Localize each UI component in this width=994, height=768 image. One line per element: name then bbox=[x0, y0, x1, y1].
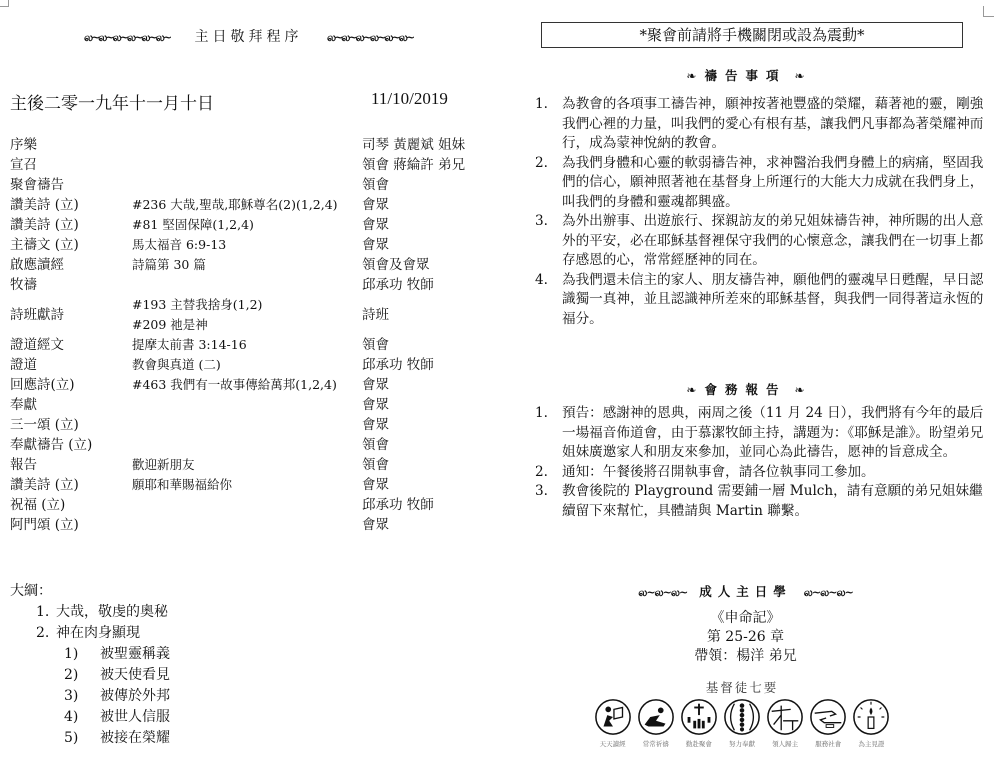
outline-number: 1) bbox=[64, 644, 100, 665]
outline-subpoint: 5)被接在榮耀 bbox=[10, 728, 170, 749]
program-item: 三一頌 (立) bbox=[10, 415, 79, 435]
fleuron-icon: ❧ bbox=[686, 69, 696, 83]
outline-number: 2) bbox=[64, 665, 100, 686]
program-item: 證道 bbox=[10, 355, 37, 375]
program-row: 聚會禱告領會 bbox=[10, 175, 500, 195]
item-number: 3. bbox=[535, 212, 548, 232]
essential-item: 為主見證 bbox=[851, 698, 892, 748]
gathering-cross-icon bbox=[680, 698, 718, 736]
program-content: 教會與真道 (二) bbox=[132, 355, 221, 375]
program-leader: 邱承功 牧師 bbox=[362, 355, 434, 375]
lead-to-lord-icon bbox=[766, 698, 804, 736]
program-row: 阿門頌 (立)會眾 bbox=[10, 515, 500, 535]
program-leader: 邱承功 牧師 bbox=[362, 275, 434, 295]
ornament-divider-icon: ல~ல~ல~ bbox=[804, 586, 853, 599]
program-row: 詩班獻詩#193 主替我捨身(1,2)#209 祂是神詩班 bbox=[10, 295, 500, 335]
program-row: 證道教會與真道 (二)邱承功 牧師 bbox=[10, 355, 500, 375]
praying-icon bbox=[637, 698, 675, 736]
sunday-school-chapters: 第 25-26 章 bbox=[497, 628, 994, 647]
ornament-divider-icon: ல~ல~ல~ bbox=[638, 586, 687, 599]
program-row: 啟應讀經詩篇第 30 篇領會及會眾 bbox=[10, 255, 500, 275]
outline-text: 被世人信服 bbox=[100, 709, 170, 725]
essential-label: 努力奉獻 bbox=[729, 739, 755, 748]
outline-text: 被傳於外邦 bbox=[100, 688, 170, 704]
program-row: 序樂司琴 黃麗斌 姐妹 bbox=[10, 135, 500, 155]
item-text: 為我們還未信主的家人、朋友禱告神，願他們的靈魂早日甦醒，早日認識獨一真神，並且認… bbox=[562, 272, 983, 327]
offering-fish-coins-icon bbox=[723, 698, 761, 736]
program-leader: 會眾 bbox=[362, 395, 389, 415]
program-row: 奉獻禱告 (立)領會 bbox=[10, 435, 500, 455]
program-item: 詩班獻詩 bbox=[10, 305, 64, 325]
choir-song-1: #193 主替我捨身(1,2) bbox=[132, 297, 262, 312]
sunday-school-title: 成人主日學 bbox=[699, 584, 792, 599]
prayer-item: 2.為我們身體和心靈的軟弱禱告神，求神醫治我們身體上的病痛，堅固我們的信心，願神… bbox=[535, 154, 987, 213]
program-row: 主禱文 (立)馬太福音 6:9-13會眾 bbox=[10, 235, 500, 255]
ornament-divider-icon: ல~ல~ல~ல~ல~ல~ bbox=[327, 31, 413, 44]
program-row: 讚美詩 (立)#81 堅固保障(1,2,4)會眾 bbox=[10, 215, 500, 235]
outline-text: 神在肉身顯現 bbox=[56, 625, 140, 641]
choir-song-2: #209 祂是神 bbox=[132, 317, 208, 332]
program-content: 馬太福音 6:9-13 bbox=[132, 235, 226, 255]
program-content: 提摩太前書 3:14-16 bbox=[132, 335, 247, 355]
item-number: 2. bbox=[535, 154, 548, 174]
program-leader: 詩班 bbox=[362, 305, 389, 325]
fleuron-icon: ❧ bbox=[795, 383, 805, 397]
item-number: 4. bbox=[535, 271, 548, 291]
outline-number: 2. bbox=[36, 623, 56, 644]
essential-item: 努力奉獻 bbox=[721, 698, 762, 748]
outline-heading: 大綱： bbox=[10, 580, 170, 600]
prayer-item: 3.為外出辦事、出遊旅行、探親訪友的弟兄姐妹禱告神，神所賜的出人意外的平安，必在… bbox=[535, 212, 987, 271]
program-row: 祝福 (立)邱承功 牧師 bbox=[10, 495, 500, 515]
essential-item: 常常祈禱 bbox=[635, 698, 676, 748]
outline-subpoint: 3)被傳於外邦 bbox=[10, 686, 170, 707]
item-number: 3. bbox=[535, 482, 548, 502]
prayer-item: 1.為教會的各項事工禱告神，願神按著祂豐盛的榮耀，藉著祂的靈，剛強我們心裡的力量… bbox=[535, 95, 987, 154]
outline-number: 4) bbox=[64, 707, 100, 728]
program-leader: 會眾 bbox=[362, 375, 389, 395]
item-text: 預告：感謝神的恩典，兩周之後（11 月 24 日），我們將有今年的最后一場福音佈… bbox=[562, 405, 983, 460]
program-content: #463 我們有一故事傳給萬邦(1,2,4) bbox=[132, 375, 337, 395]
program-row: 讚美詩 (立)願耶和華賜福給你會眾 bbox=[10, 475, 500, 495]
fleuron-icon: ❧ bbox=[795, 69, 805, 83]
program-leader: 會眾 bbox=[362, 515, 389, 535]
reading-bible-icon bbox=[594, 698, 632, 736]
program-leader: 領會 bbox=[362, 175, 389, 195]
program-leader: 會眾 bbox=[362, 415, 389, 435]
outline-number: 5) bbox=[64, 728, 100, 749]
outline-subpoint: 4)被世人信服 bbox=[10, 707, 170, 728]
outline-text: 被聖靈稱義 bbox=[100, 646, 170, 662]
seven-essentials-title: 基督徒七要 bbox=[592, 678, 892, 696]
program-leader: 會眾 bbox=[362, 215, 389, 235]
outline-text: 被天使看見 bbox=[100, 667, 170, 683]
program-content: 願耶和華賜福給你 bbox=[132, 475, 232, 495]
essential-item: 服務社會 bbox=[808, 698, 849, 748]
program-item: 序樂 bbox=[10, 135, 37, 155]
program-item: 主禱文 (立) bbox=[10, 235, 79, 255]
item-text: 為我們身體和心靈的軟弱禱告神，求神醫治我們身體上的病痛，堅固我們的信心，願神照著… bbox=[562, 155, 983, 210]
program-row: 證道經文提摩太前書 3:14-16領會 bbox=[10, 335, 500, 355]
program-item: 讚美詩 (立) bbox=[10, 195, 79, 215]
serving-hands-icon bbox=[809, 698, 847, 736]
program-item: 證道經文 bbox=[10, 335, 64, 355]
outline-number: 3) bbox=[64, 686, 100, 707]
essential-label: 領人歸主 bbox=[772, 739, 798, 748]
program-item: 阿門頌 (立) bbox=[10, 515, 79, 535]
outline-point: 2.神在肉身顯現 bbox=[10, 623, 170, 644]
essential-label: 天天讀經 bbox=[600, 739, 626, 748]
prayer-heading-row: ❧禱告事項❧ bbox=[497, 66, 994, 84]
outline-text: 被接在榮耀 bbox=[100, 730, 170, 746]
essential-label: 勤赴聚會 bbox=[686, 739, 712, 748]
program-item: 讚美詩 (立) bbox=[10, 475, 79, 495]
program-leader: 會眾 bbox=[362, 235, 389, 255]
announce-heading: 會務報告 bbox=[704, 382, 786, 397]
program-leader: 會眾 bbox=[362, 475, 389, 495]
program-content: #193 主替我捨身(1,2)#209 祂是神 bbox=[132, 295, 262, 335]
seven-essentials-graphic: 基督徒七要 天天讀經 常常祈禱 勤赴聚會 努力奉獻 領人歸主 bbox=[592, 678, 892, 748]
program-content: 歡迎新朋友 bbox=[132, 455, 195, 475]
essential-item: 天天讀經 bbox=[592, 698, 633, 748]
program-leader: 會眾 bbox=[362, 195, 389, 215]
program-item: 宣召 bbox=[10, 155, 37, 175]
program-item: 奉獻禱告 (立) bbox=[10, 435, 92, 455]
order-of-service: 序樂司琴 黃麗斌 姐妹 宣召領會 蔣綸許 弟兄 聚會禱告領會 讚美詩 (立)#2… bbox=[10, 135, 500, 535]
essential-item: 領人歸主 bbox=[765, 698, 806, 748]
outline-subpoint: 1)被聖靈稱義 bbox=[10, 644, 170, 665]
program-row: 宣召領會 蔣綸許 弟兄 bbox=[10, 155, 500, 175]
essential-label: 為主見證 bbox=[858, 739, 884, 748]
prayer-item: 4.為我們還未信主的家人、朋友禱告神，願他們的靈魂早日甦醒，早日認識獨一真神，並… bbox=[535, 271, 987, 330]
date-chinese: 主後二零一九年十一月十日 bbox=[10, 89, 214, 114]
outline-point: 1.大哉，敬虔的奧秘 bbox=[10, 602, 170, 623]
item-text: 教會後院的 Playground 需要鋪一層 Mulch，請有意願的弟兄姐妹繼續… bbox=[562, 483, 983, 519]
program-item: 奉獻 bbox=[10, 395, 37, 415]
program-leader: 領會及會眾 bbox=[362, 255, 430, 275]
outline-text: 大哉，敬虔的奧秘 bbox=[56, 604, 168, 620]
announcement-item: 2.通知：午餐後將召開執事會，請各位執事同工參加。 bbox=[535, 463, 987, 483]
item-number: 1. bbox=[535, 95, 548, 115]
prayer-heading: 禱告事項 bbox=[704, 68, 786, 83]
program-leader: 司琴 黃麗斌 姐妹 bbox=[362, 135, 465, 155]
program-row: 奉獻會眾 bbox=[10, 395, 500, 415]
sunday-school-block: ல~ல~ல~成人主日學ல~ல~ல~ 《申命記》 第 25-26 章 帶領：楊洋 … bbox=[497, 582, 994, 666]
program-row: 三一頌 (立)會眾 bbox=[10, 415, 500, 435]
program-item: 牧禱 bbox=[10, 275, 37, 295]
item-number: 2. bbox=[535, 463, 548, 483]
announcement-item: 3.教會後院的 Playground 需要鋪一層 Mulch，請有意願的弟兄姐妹… bbox=[535, 482, 987, 521]
program-item: 祝福 (立) bbox=[10, 495, 65, 515]
program-item: 讚美詩 (立) bbox=[10, 215, 79, 235]
program-item: 聚會禱告 bbox=[10, 175, 64, 195]
worship-program-page: ல~ல~ல~ல~ல~ல~ 主日敬拜程序 ல~ல~ல~ல~ல~ல~ 主後二零一九年… bbox=[0, 0, 497, 768]
date-numeric: 11/10/2019 bbox=[371, 89, 448, 109]
program-leader: 領會 bbox=[362, 455, 389, 475]
program-item: 回應詩(立) bbox=[10, 375, 75, 395]
announcement-item: 1.預告：感謝神的恩典，兩周之後（11 月 24 日），我們將有今年的最后一場福… bbox=[535, 404, 987, 463]
candle-witness-icon bbox=[852, 698, 890, 736]
essential-item: 勤赴聚會 bbox=[678, 698, 719, 748]
item-text: 為外出辦事、出遊旅行、探親訪友的弟兄姐妹禱告神，神所賜的出人意外的平安，必在耶穌… bbox=[562, 213, 983, 268]
item-number: 1. bbox=[535, 404, 548, 424]
ornament-divider-icon: ல~ல~ல~ல~ல~ல~ bbox=[84, 31, 170, 44]
item-text: 通知：午餐後將召開執事會，請各位執事同工參加。 bbox=[562, 464, 875, 480]
essential-label: 常常祈禱 bbox=[643, 739, 669, 748]
announcements-page: *聚會前請將手機關閉或設為震動* ❧禱告事項❧ 1.為教會的各項事工禱告神，願神… bbox=[497, 0, 994, 768]
sunday-school-leader: 帶領：楊洋 弟兄 bbox=[497, 647, 994, 666]
fleuron-icon: ❧ bbox=[686, 383, 696, 397]
program-leader: 領會 bbox=[362, 435, 389, 455]
sermon-outline: 大綱： 1.大哉，敬虔的奧秘 2.神在肉身顯現 1)被聖靈稱義 2)被天使看見 … bbox=[10, 580, 170, 749]
announce-heading-row: ❧會務報告❧ bbox=[497, 380, 994, 398]
program-row: 讚美詩 (立)#236 大哉,聖哉,耶穌尊名(2)(1,2,4)會眾 bbox=[10, 195, 500, 215]
program-row: 牧禱邱承功 牧師 bbox=[10, 275, 500, 295]
sunday-school-book: 《申命記》 bbox=[497, 609, 994, 628]
program-leader: 邱承功 牧師 bbox=[362, 495, 434, 515]
sunday-school-title-row: ல~ல~ல~成人主日學ல~ல~ல~ bbox=[497, 582, 994, 601]
outline-subpoint: 2)被天使看見 bbox=[10, 665, 170, 686]
item-text: 為教會的各項事工禱告神，願神按著祂豐盛的榮耀，藉著祂的靈，剛強我們心裡的力量，叫… bbox=[562, 96, 983, 151]
program-item: 啟應讀經 bbox=[10, 255, 64, 275]
program-row: 回應詩(立)#463 我們有一故事傳給萬邦(1,2,4)會眾 bbox=[10, 375, 500, 395]
program-content: #81 堅固保障(1,2,4) bbox=[132, 215, 254, 235]
program-content: #236 大哉,聖哉,耶穌尊名(2)(1,2,4) bbox=[132, 195, 338, 215]
program-leader: 領會 蔣綸許 弟兄 bbox=[362, 155, 465, 175]
outline-number: 1. bbox=[36, 602, 56, 623]
announcement-list: 1.預告：感謝神的恩典，兩周之後（11 月 24 日），我們將有今年的最后一場福… bbox=[535, 404, 987, 521]
program-item: 報告 bbox=[10, 455, 37, 475]
program-content: 詩篇第 30 篇 bbox=[132, 255, 206, 275]
program-title-row: ல~ல~ல~ல~ல~ல~ 主日敬拜程序 ல~ல~ல~ல~ல~ல~ bbox=[0, 26, 497, 46]
program-title: 主日敬拜程序 bbox=[195, 29, 303, 45]
program-leader: 領會 bbox=[362, 335, 389, 355]
essential-label: 服務社會 bbox=[815, 739, 841, 748]
phone-notice-box: *聚會前請將手機關閉或設為震動* bbox=[541, 22, 963, 48]
program-row: 報告歡迎新朋友領會 bbox=[10, 455, 500, 475]
prayer-list: 1.為教會的各項事工禱告神，願神按著祂豐盛的榮耀，藉著祂的靈，剛強我們心裡的力量… bbox=[535, 95, 987, 329]
